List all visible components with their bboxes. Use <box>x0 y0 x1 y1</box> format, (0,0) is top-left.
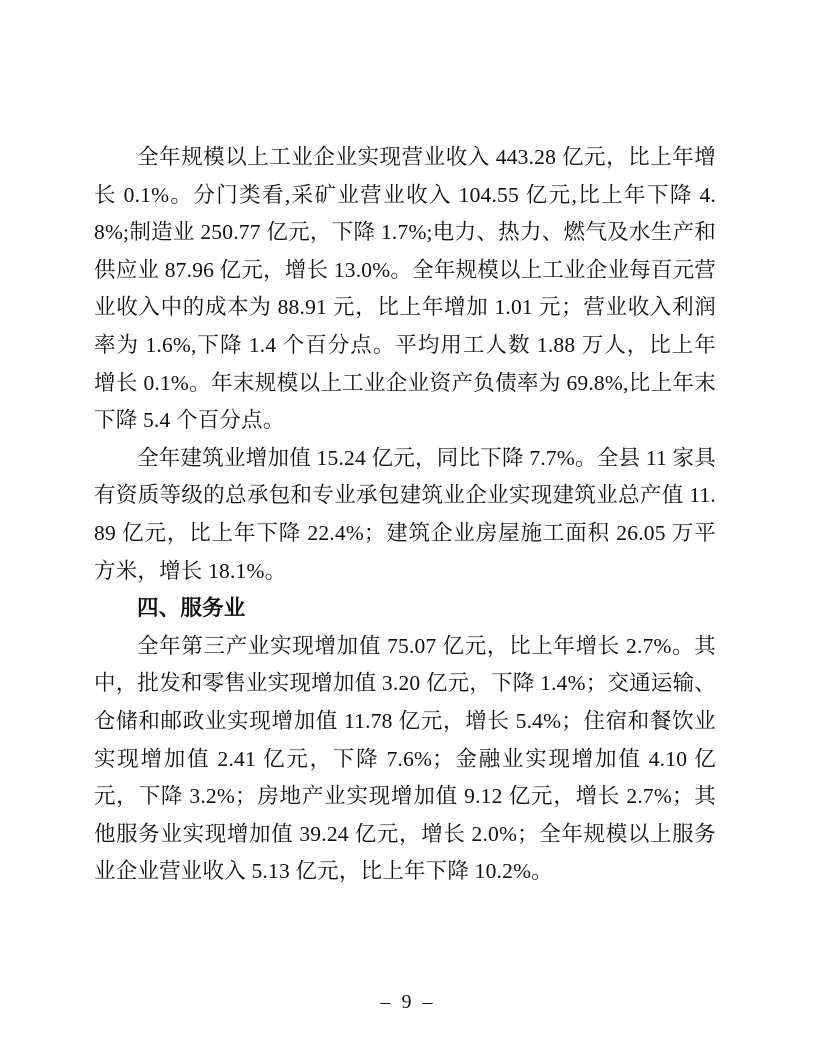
services-section-heading: 四、服务业 <box>94 590 716 628</box>
page-body: 全年规模以上工业企业实现营业收入 443.28 亿元，比上年增长 0.1%。分门… <box>94 139 716 891</box>
page-number: – 9 – <box>381 991 436 1013</box>
industry-paragraph: 全年规模以上工业企业实现营业收入 443.28 亿元，比上年增长 0.1%。分门… <box>94 139 716 440</box>
services-paragraph: 全年第三产业实现增加值 75.07 亿元，比上年增长 2.7%。其中，批发和零售… <box>94 628 716 891</box>
construction-paragraph: 全年建筑业增加值 15.24 亿元，同比下降 7.7%。全县 11 家具有资质等… <box>94 440 716 590</box>
document-page: 全年规模以上工业企业实现营业收入 443.28 亿元，比上年增长 0.1%。分门… <box>0 0 816 1056</box>
page-footer: – 9 – <box>0 991 816 1014</box>
